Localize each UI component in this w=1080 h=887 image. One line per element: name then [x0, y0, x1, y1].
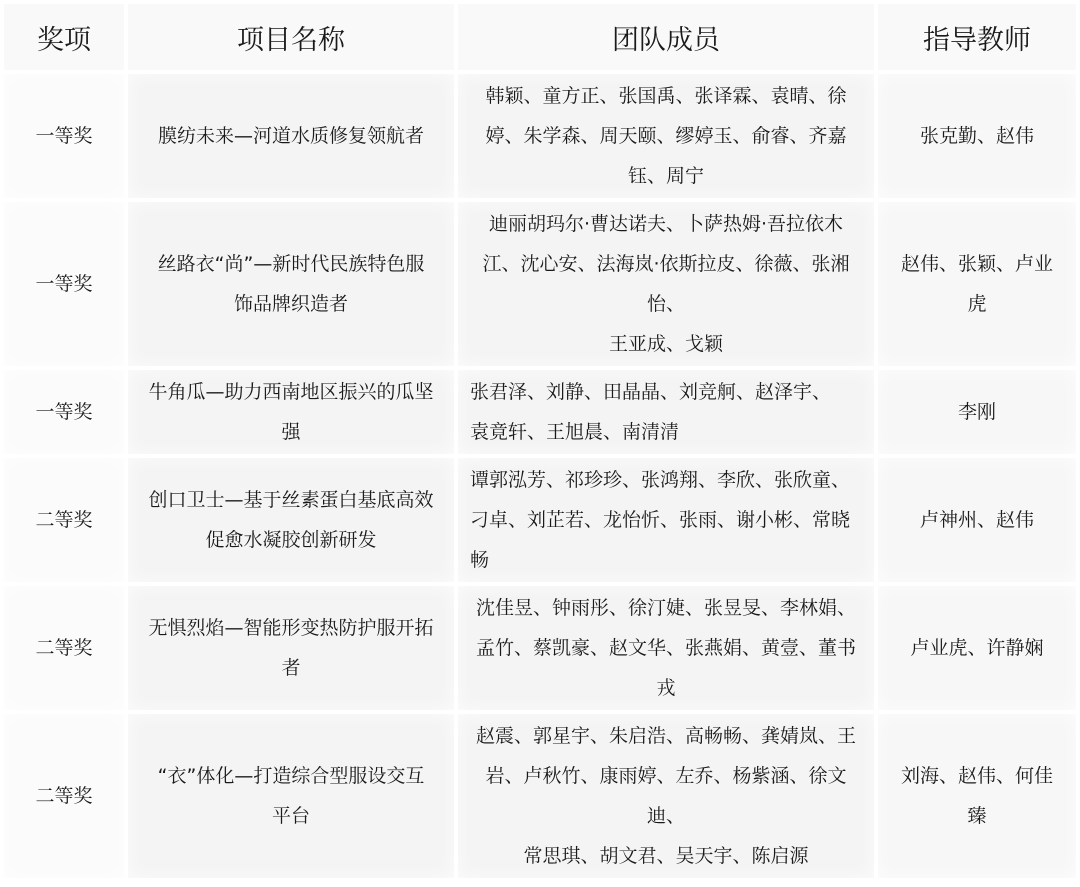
- team-members-cell-line: 迪丽胡玛尔·曹达诺夫、卜萨热姆·吾拉依木: [470, 204, 862, 244]
- team-members-cell-line: 怡、: [470, 284, 862, 324]
- table-row: 二等奖创口卫士—基于丝素蛋白基底高效促愈水凝胶创新研发谭郭泓芳、祁珍珍、张鸿翔、…: [4, 458, 1076, 582]
- team-members-cell: 沈佳昱、钟雨彤、徐汀婕、张昱旻、李林娟、孟竹、蔡凯豪、赵文华、张燕娟、黄壹、董书…: [458, 586, 874, 710]
- project-name-cell-line: 促愈水凝胶创新研发: [138, 520, 444, 560]
- team-members-cell: 迪丽胡玛尔·曹达诺夫、卜萨热姆·吾拉依木江、沈心安、法海岚·依斯拉皮、徐薇、张湘…: [458, 202, 874, 366]
- table-row: 一等奖膜纺未来—河道水质修复领航者韩颖、童方正、张国禹、张译霖、袁晴、徐婷、朱学…: [4, 74, 1076, 198]
- advisor-cell: 赵伟、张颖、卢业虎: [878, 202, 1076, 366]
- team-members-cell-line: 戎: [470, 668, 862, 708]
- team-members-cell-line: 婷、朱学森、周天颐、缪婷玉、俞睿、齐嘉: [470, 116, 862, 156]
- project-name-cell-line: 强: [138, 412, 444, 452]
- project-name-cell: “衣”体化—打造综合型服设交互平台: [128, 714, 454, 878]
- award-cell: 一等奖: [4, 370, 124, 454]
- advisor-cell-line: 虎: [888, 284, 1066, 324]
- project-name-cell-line: 创口卫士—基于丝素蛋白基底高效: [138, 480, 444, 520]
- table-body: 一等奖膜纺未来—河道水质修复领航者韩颖、童方正、张国禹、张译霖、袁晴、徐婷、朱学…: [4, 74, 1076, 878]
- header-team-members: 团队成员: [458, 4, 874, 70]
- project-name-cell-line: 牛角瓜—助力西南地区振兴的瓜坚: [138, 372, 444, 412]
- team-members-cell-line: 孟竹、蔡凯豪、赵文华、张燕娟、黄壹、董书: [470, 628, 862, 668]
- advisor-cell-line: 赵伟、张颖、卢业: [888, 244, 1066, 284]
- advisor-cell-line: 卢业虎、许静娴: [888, 628, 1066, 668]
- table-row: 二等奖“衣”体化—打造综合型服设交互平台赵震、郭星宇、朱启浩、高畅畅、龚婧岚、王…: [4, 714, 1076, 878]
- advisor-cell-line: 张克勤、赵伟: [888, 116, 1066, 156]
- team-members-cell-line: 谭郭泓芳、祁珍珍、张鸿翔、李欣、张欣童、: [470, 460, 862, 500]
- award-cell: 一等奖: [4, 202, 124, 366]
- team-members-cell-line: 岩、卢秋竹、康雨婷、左乔、杨紫涵、徐文: [470, 756, 862, 796]
- team-members-cell-line: 迪、: [470, 796, 862, 836]
- project-name-cell-line: “衣”体化—打造综合型服设交互: [138, 756, 444, 796]
- team-members-cell: 张君泽、刘静、田晶晶、刘竞舸、赵泽宇、袁竟轩、王旭晨、南清清: [458, 370, 874, 454]
- advisor-cell-line: 臻: [888, 796, 1066, 836]
- project-name-cell-line: 无惧烈焰—智能形变热防护服开拓: [138, 608, 444, 648]
- team-members-cell-line: 王亚成、戈颖: [470, 324, 862, 364]
- project-name-cell-line: 饰品牌织造者: [138, 284, 444, 324]
- team-members-cell-line: 钰、周宁: [470, 156, 862, 196]
- award-cell: 二等奖: [4, 586, 124, 710]
- award-cell: 二等奖: [4, 714, 124, 878]
- project-name-cell: 无惧烈焰—智能形变热防护服开拓者: [128, 586, 454, 710]
- project-name-cell: 丝路衣“尚”—新时代民族特色服饰品牌织造者: [128, 202, 454, 366]
- advisor-cell-line: 刘海、赵伟、何佳: [888, 756, 1066, 796]
- advisor-cell: 卢业虎、许静娴: [878, 586, 1076, 710]
- header-project-name: 项目名称: [128, 4, 454, 70]
- team-members-cell-line: 畅: [470, 540, 862, 580]
- project-name-cell-line: 丝路衣“尚”—新时代民族特色服: [138, 244, 444, 284]
- table-row: 一等奖牛角瓜—助力西南地区振兴的瓜坚强张君泽、刘静、田晶晶、刘竞舸、赵泽宇、袁竟…: [4, 370, 1076, 454]
- project-name-cell-line: 者: [138, 648, 444, 688]
- advisor-cell: 卢神州、赵伟: [878, 458, 1076, 582]
- team-members-cell-line: 江、沈心安、法海岚·依斯拉皮、徐薇、张湘: [470, 244, 862, 284]
- project-name-cell: 牛角瓜—助力西南地区振兴的瓜坚强: [128, 370, 454, 454]
- award-cell: 一等奖: [4, 74, 124, 198]
- award-cell: 二等奖: [4, 458, 124, 582]
- project-name-cell-line: 平台: [138, 796, 444, 836]
- project-name-cell: 膜纺未来—河道水质修复领航者: [128, 74, 454, 198]
- team-members-cell-line: 沈佳昱、钟雨彤、徐汀婕、张昱旻、李林娟、: [470, 588, 862, 628]
- advisor-cell: 刘海、赵伟、何佳臻: [878, 714, 1076, 878]
- header-row: 奖项 项目名称 团队成员 指导教师: [4, 4, 1076, 70]
- team-members-cell-line: 袁竟轩、王旭晨、南清清: [470, 412, 862, 452]
- project-name-cell: 创口卫士—基于丝素蛋白基底高效促愈水凝胶创新研发: [128, 458, 454, 582]
- advisor-cell: 张克勤、赵伟: [878, 74, 1076, 198]
- team-members-cell: 韩颖、童方正、张国禹、张译霖、袁晴、徐婷、朱学森、周天颐、缪婷玉、俞睿、齐嘉钰、…: [458, 74, 874, 198]
- header-advisor: 指导教师: [878, 4, 1076, 70]
- table-row: 一等奖丝路衣“尚”—新时代民族特色服饰品牌织造者迪丽胡玛尔·曹达诺夫、卜萨热姆·…: [4, 202, 1076, 366]
- awards-table: 奖项 项目名称 团队成员 指导教师 一等奖膜纺未来—河道水质修复领航者韩颖、童方…: [0, 0, 1080, 882]
- team-members-cell-line: 韩颖、童方正、张国禹、张译霖、袁晴、徐: [470, 76, 862, 116]
- table-row: 二等奖无惧烈焰—智能形变热防护服开拓者沈佳昱、钟雨彤、徐汀婕、张昱旻、李林娟、孟…: [4, 586, 1076, 710]
- project-name-cell-line: 膜纺未来—河道水质修复领航者: [138, 116, 444, 156]
- team-members-cell-line: 刁卓、刘芷若、龙怡忻、张雨、谢小彬、常晓: [470, 500, 862, 540]
- team-members-cell: 赵震、郭星宇、朱启浩、高畅畅、龚婧岚、王岩、卢秋竹、康雨婷、左乔、杨紫涵、徐文迪…: [458, 714, 874, 878]
- header-award: 奖项: [4, 4, 124, 70]
- team-members-cell: 谭郭泓芳、祁珍珍、张鸿翔、李欣、张欣童、刁卓、刘芷若、龙怡忻、张雨、谢小彬、常晓…: [458, 458, 874, 582]
- team-members-cell-line: 赵震、郭星宇、朱启浩、高畅畅、龚婧岚、王: [470, 716, 862, 756]
- team-members-cell-line: 张君泽、刘静、田晶晶、刘竞舸、赵泽宇、: [470, 372, 862, 412]
- advisor-cell: 李刚: [878, 370, 1076, 454]
- team-members-cell-line: 常思琪、胡文君、吴天宇、陈启源: [470, 836, 862, 876]
- advisor-cell-line: 李刚: [888, 392, 1066, 432]
- advisor-cell-line: 卢神州、赵伟: [888, 500, 1066, 540]
